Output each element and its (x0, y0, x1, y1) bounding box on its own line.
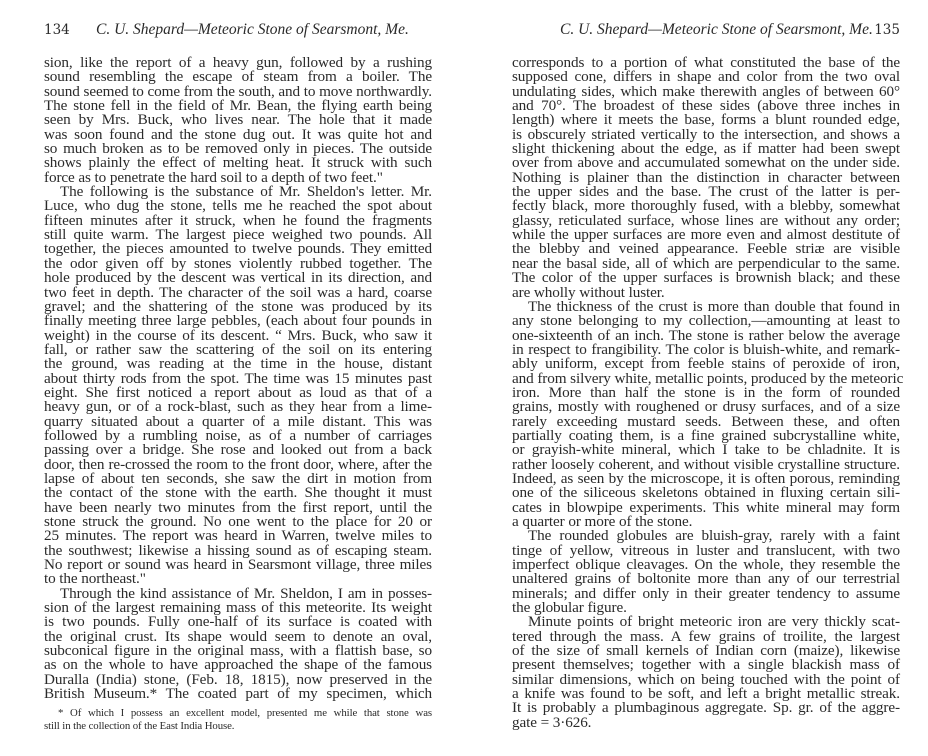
page-number: 134 (44, 20, 70, 40)
footnote-line: * Of which I possess an excellent model,… (44, 707, 432, 720)
footnote: * Of which I possess an excellent model,… (44, 707, 432, 733)
left-page-body: sion, like the report of a heavy gun, fo… (44, 56, 432, 701)
right-page-header: C. U. Shepard—Meteoric Stone of Searsmon… (512, 20, 900, 40)
text-line: British Museum.* The coated part of my s… (44, 687, 432, 701)
right-page: C. U. Shepard—Meteoric Stone of Searsmon… (464, 0, 928, 756)
left-page-header: 134 C. U. Shepard—Meteoric Stone of Sear… (44, 20, 432, 40)
text-line: gate = 3·626. (512, 716, 900, 730)
left-page: 134 C. U. Shepard—Meteoric Stone of Sear… (0, 0, 464, 756)
right-page-body: corresponds to a portion of what constit… (512, 56, 900, 730)
footnote-line: still in the collection of the East Indi… (44, 720, 432, 733)
running-head: C. U. Shepard—Meteoric Stone of Searsmon… (96, 20, 409, 40)
page-number: 135 (874, 20, 900, 40)
running-head: C. U. Shepard—Meteoric Stone of Searsmon… (560, 20, 873, 40)
